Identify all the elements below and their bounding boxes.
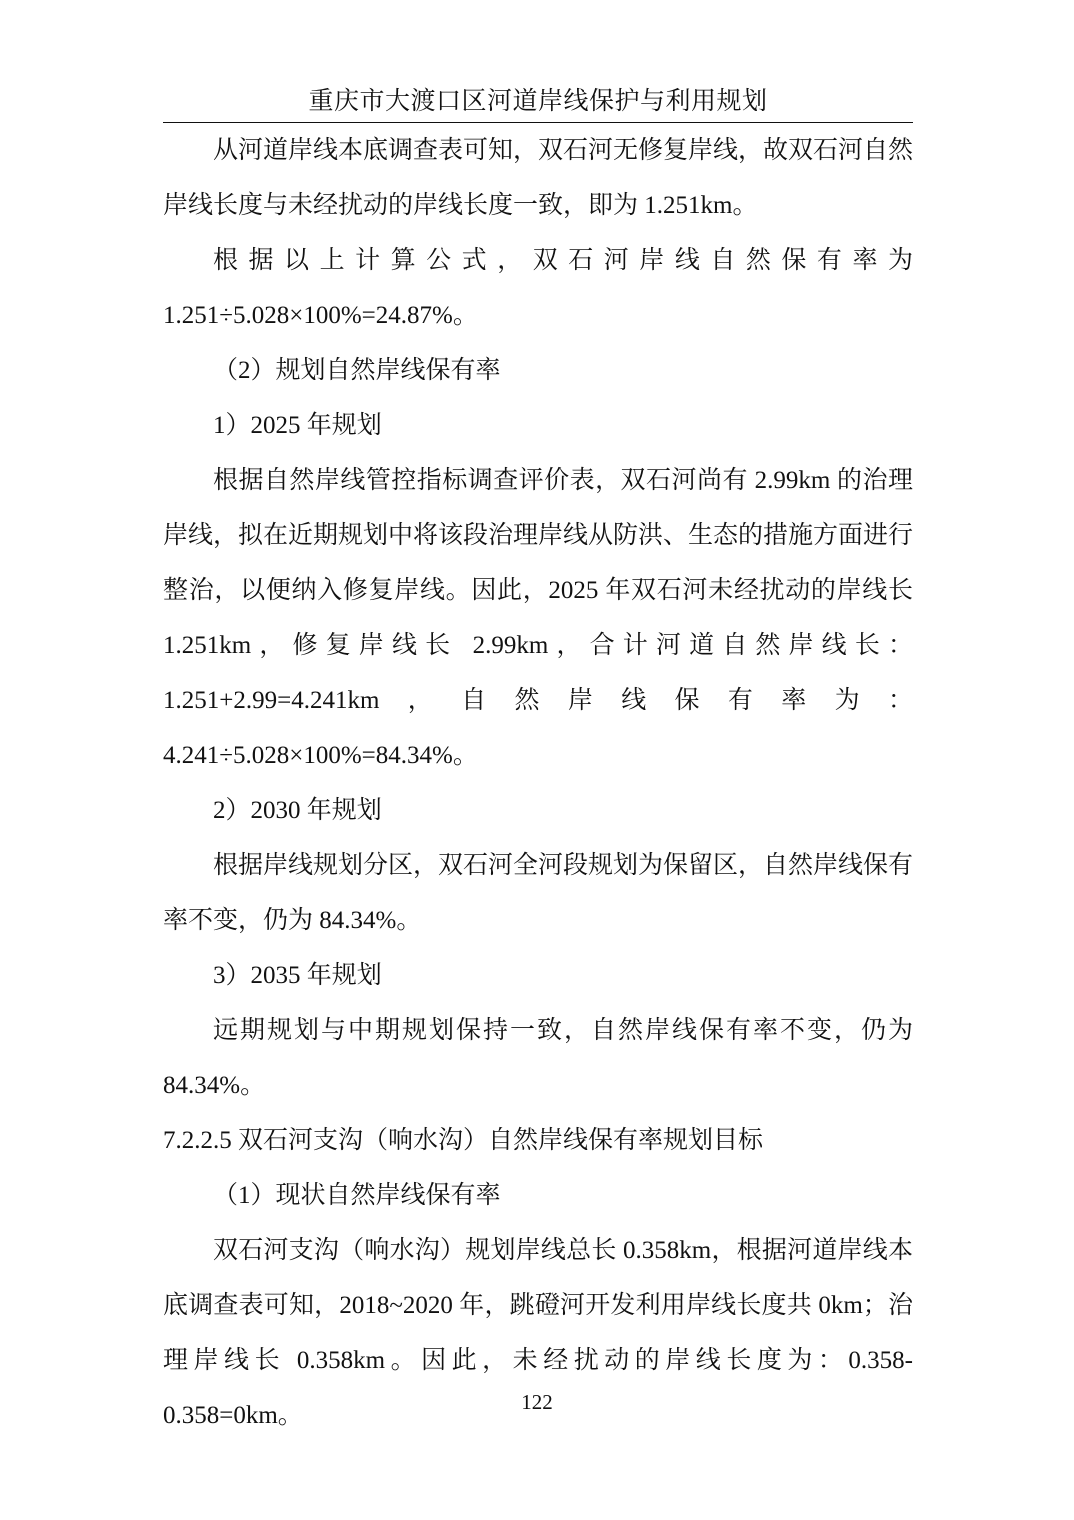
paragraph: 根据以上计算公式，双石河岸线自然保有率为 1.251÷5.028×100%=24… (163, 233, 913, 343)
paragraph: （2）规划自然岸线保有率 (163, 343, 913, 398)
section-heading: 7.2.2.5 双石河支沟（响水沟）自然岸线保有率规划目标 (163, 1113, 913, 1168)
document-body: 从河道岸线本底调查表可知，双石河无修复岸线，故双石河自然岸线长度与未经扰动的岸线… (163, 123, 913, 1443)
paragraph: 远期规划与中期规划保持一致，自然岸线保有率不变，仍为 84.34%。 (163, 1003, 913, 1113)
paragraph: 1）2025 年规划 (163, 398, 913, 453)
page-header: 重庆市大渡口区河道岸线保护与利用规划 (163, 0, 913, 123)
page-footer: 122 (0, 1389, 1074, 1415)
paragraph: 从河道岸线本底调查表可知，双石河无修复岸线，故双石河自然岸线长度与未经扰动的岸线… (163, 123, 913, 233)
paragraph: （1）现状自然岸线保有率 (163, 1168, 913, 1223)
paragraph: 根据自然岸线管控指标调查评价表，双石河尚有 2.99km 的治理岸线，拟在近期规… (163, 453, 913, 783)
document-page: 重庆市大渡口区河道岸线保护与利用规划 从河道岸线本底调查表可知，双石河无修复岸线… (0, 0, 1074, 1520)
header-title: 重庆市大渡口区河道岸线保护与利用规划 (308, 87, 767, 117)
paragraph: 根据岸线规划分区，双石河全河段规划为保留区，自然岸线保有率不变，仍为 84.34… (163, 838, 913, 948)
paragraph: 3）2035 年规划 (163, 948, 913, 1003)
page-number: 122 (521, 1390, 553, 1414)
paragraph: 2）2030 年规划 (163, 783, 913, 838)
